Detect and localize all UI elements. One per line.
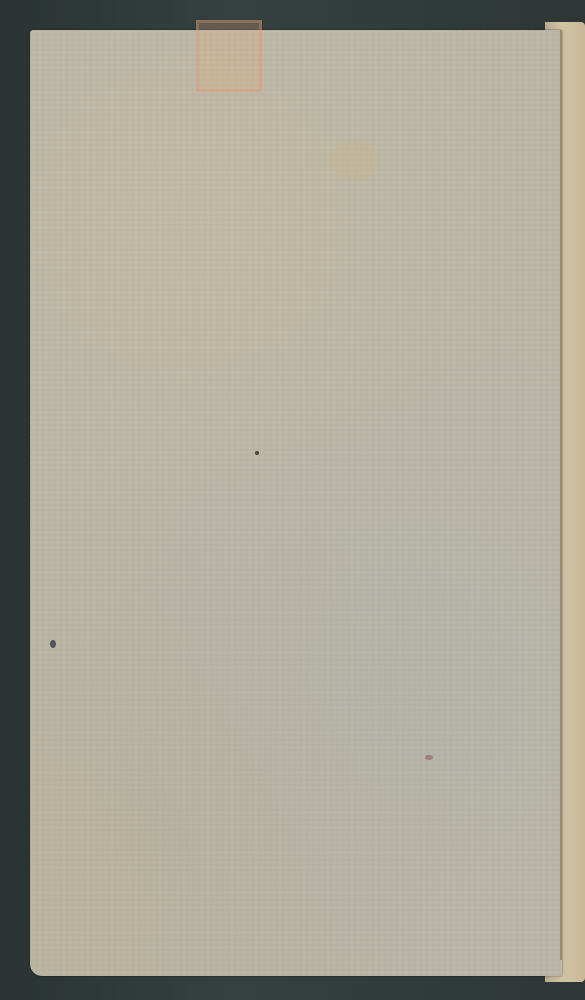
- page-fold-line: [560, 30, 562, 960]
- ink-spot: [50, 640, 56, 648]
- ink-spot: [255, 451, 259, 455]
- blank-paper-page: [30, 30, 562, 976]
- stain: [425, 755, 433, 760]
- stain: [330, 140, 380, 180]
- seal-stamp: [196, 20, 262, 92]
